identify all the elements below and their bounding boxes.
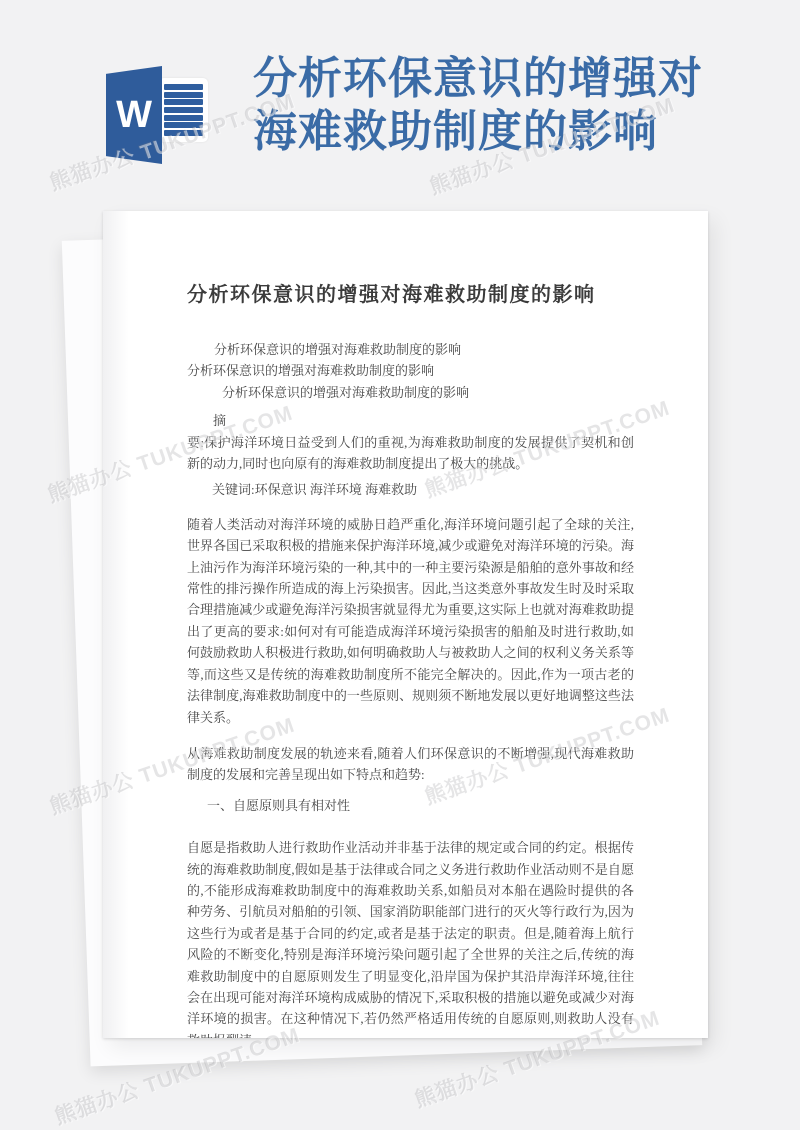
word-icon-line	[164, 115, 203, 121]
keywords-line: 关键词:环保意识 海洋环境 海难救助	[187, 479, 634, 500]
word-icon-line	[164, 107, 203, 113]
document-subtitle-line: 分析环保意识的增强对海难救助制度的影响	[187, 382, 634, 403]
paragraph-voluntary: 自愿是指救助人进行救助作业活动并非基于法律的规定或合同的约定。根据传统的海难救助…	[187, 837, 634, 1038]
abstract-label: 摘	[187, 410, 634, 431]
word-icon-line	[164, 122, 203, 128]
word-icon-document-lines	[159, 78, 208, 142]
document-content: 分析环保意识的增强对海难救助制度的影响 分析环保意识的增强对海难救助制度的影响 …	[187, 211, 634, 1038]
word-file-icon: W	[106, 66, 210, 164]
document-title: 分析环保意识的增强对海难救助制度的影响	[187, 282, 634, 308]
word-icon-line	[164, 99, 203, 105]
word-icon-line	[164, 84, 203, 90]
page-title-line1: 分析环保意识的增强对	[253, 54, 703, 103]
page-title-line2: 海难救助制度的影响	[253, 107, 658, 156]
paragraph-trend: 从海难救助制度发展的轨迹来看,随着人们环保意识的不断增强,现代海难救助制度的发展…	[187, 743, 634, 786]
section-heading: 一、自愿原则具有相对性	[187, 795, 634, 816]
word-icon-letter: W	[116, 96, 152, 134]
abstract-text: 要:保护海洋环境日益受到人们的重视,为海难救助制度的发展提供了契机和创新的动力,…	[187, 432, 634, 475]
word-icon-line	[164, 92, 203, 98]
document-subtitle-line: 分析环保意识的增强对海难救助制度的影响	[187, 360, 634, 381]
paragraph-intro: 随着人类活动对海洋环境的威胁日趋严重化,海洋环境问题引起了全球的关注,世界各国已…	[187, 514, 634, 728]
preview-canvas: W 分析环保意识的增强对海难救助制度的影响 分析环保意识的增强对海难救助制度的影…	[0, 0, 800, 1130]
word-icon-panel: W	[106, 66, 162, 164]
document-subtitle-line: 分析环保意识的增强对海难救助制度的影响	[187, 339, 634, 360]
page-title: 分析环保意识的增强对海难救助制度的影响	[253, 52, 703, 158]
word-icon-line	[164, 130, 203, 136]
document-page: 分析环保意识的增强对海难救助制度的影响 分析环保意识的增强对海难救助制度的影响 …	[103, 211, 708, 1038]
